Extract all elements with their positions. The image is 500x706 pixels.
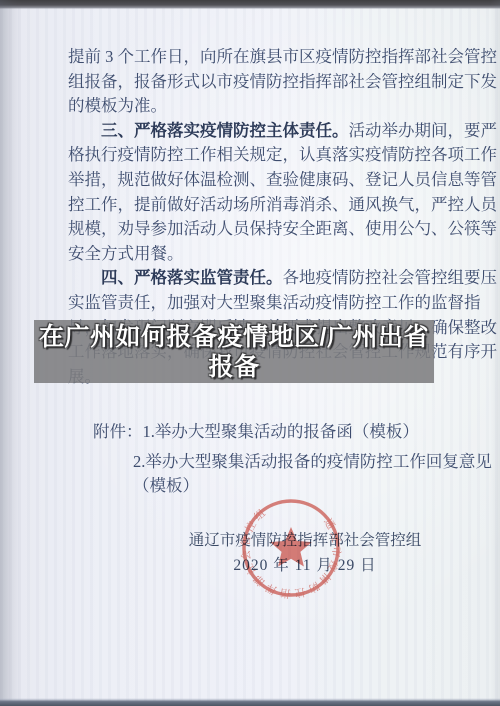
text-line: 规模，劝导参加活动人员保持安全距离、使用公勺、公筷等 [68, 217, 463, 242]
text-line: 控工作，提前做好活动场所消毒消杀、通风换气，严控人员 [68, 193, 463, 218]
photo-left-shadow [0, 0, 22, 706]
attachment-line-2: 2.举办大型聚集活动报备的疫情防控工作回复意见 [133, 448, 492, 472]
attachment-line-1: 附件：1.举办大型聚集活动的报备函（模板） [93, 418, 419, 442]
text-line: 举措，规范做好体温检测、查验健康码、登记人员信息等管 [68, 168, 463, 193]
text-line: 格执行疫情防控工作相关规定，认真落实疫情防控各项工作 [68, 143, 463, 168]
text-line: 组报备，报备形式以市疫情防控指挥部社会管控组制定下发 [68, 70, 463, 95]
document-photo: 提前 3 个工作日，向所在旗县市区疫情防控指挥部社会管控组报备，报备形式以市疫情… [0, 0, 500, 706]
text-line: 实监管责任，加强对大型聚集活动疫情防控工作的监督指 [68, 291, 463, 316]
text-line: 三、严格落实疫情防控主体责任。活动举办期间，要严 [68, 119, 463, 144]
attachment-line-3: （模板） [133, 472, 199, 496]
text-line: 四、严格落实监管责任。各地疫情防控社会管控组要压 [68, 266, 463, 291]
official-seal-icon: 通辽市疫情防控指挥部社会管控组 [239, 496, 343, 600]
photo-top-edge [0, 0, 500, 9]
text-line: 安全方式用餐。 [68, 242, 463, 267]
photo-bottom-edge [0, 698, 500, 706]
overlay-banner: 在广州如何报备疫情地区/广州出省 报备 [34, 320, 434, 383]
seal-star-icon [270, 527, 312, 567]
overlay-title-line-2: 报备 [208, 352, 259, 382]
overlay-title-line-1: 在广州如何报备疫情地区/广州出省 [39, 322, 429, 352]
text-line: 的模板为准。 [68, 94, 463, 119]
text-line: 提前 3 个工作日，向所在旗县市区疫情防控指挥部社会管控 [68, 45, 463, 70]
